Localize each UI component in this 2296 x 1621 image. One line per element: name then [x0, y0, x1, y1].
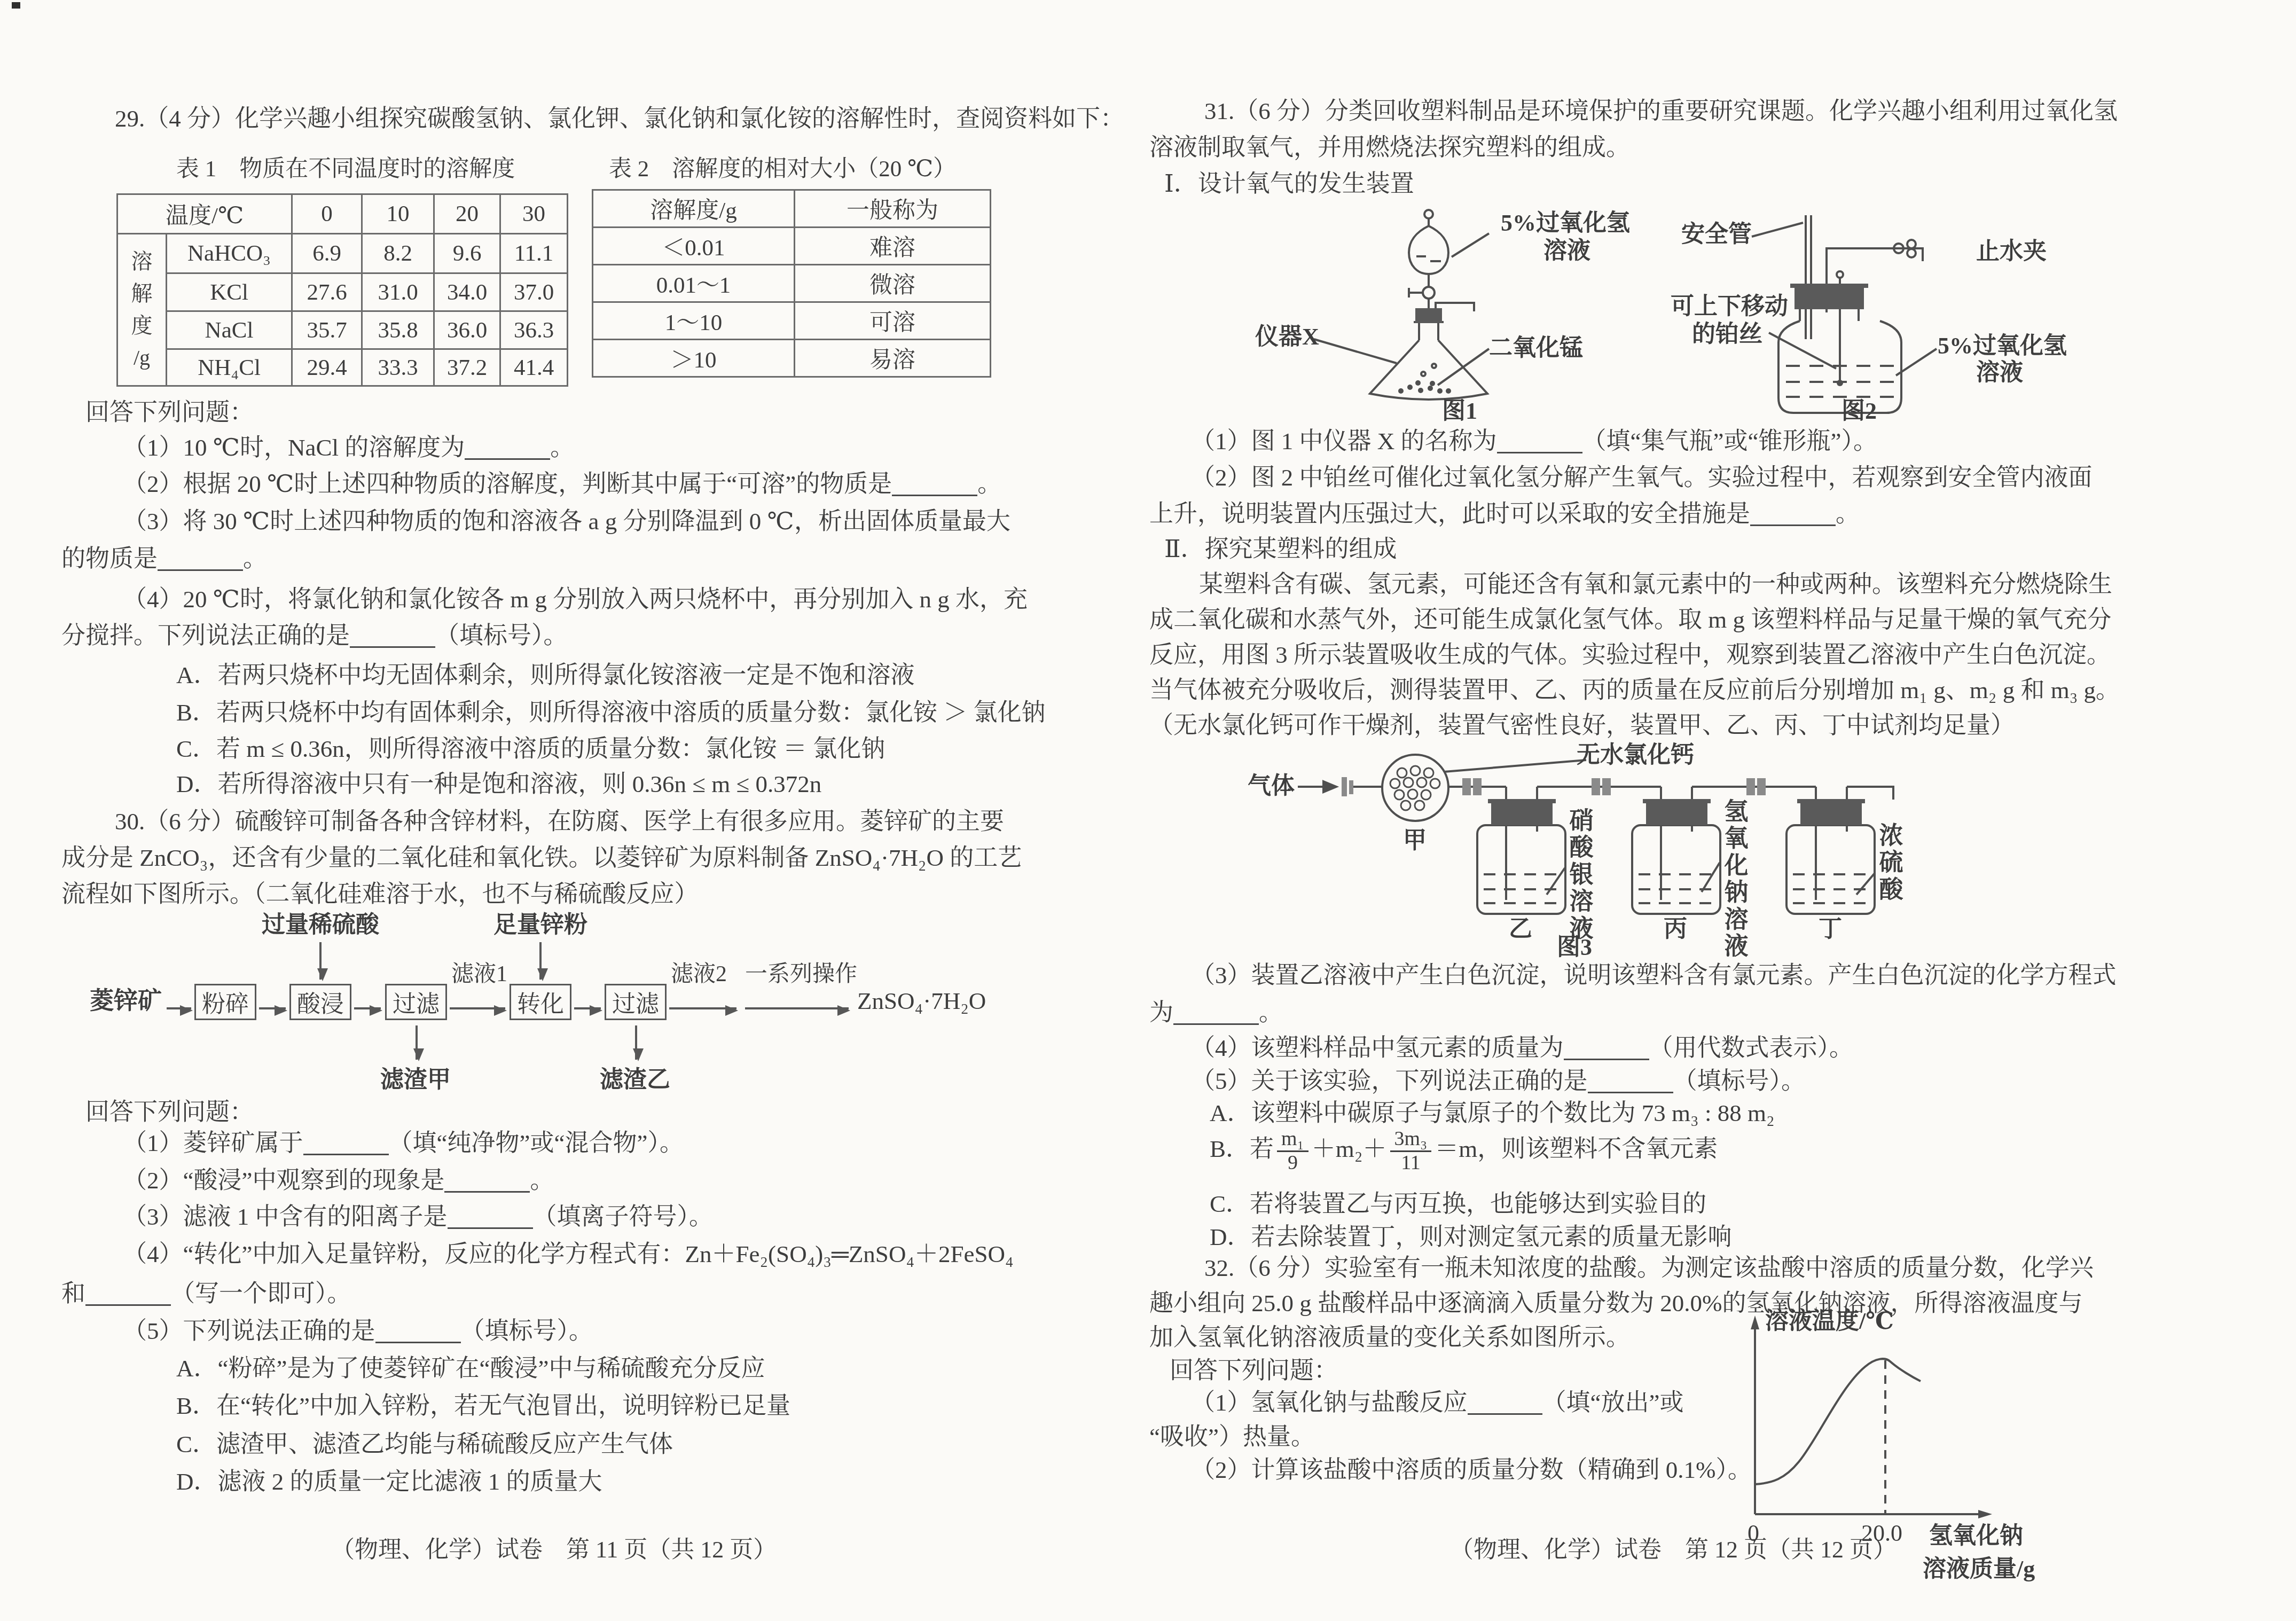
flow-arrow: [354, 1007, 381, 1009]
text: （填标号）。: [461, 1318, 593, 1344]
q29-item-2: （2）根据 20 ℃时上述四种物质的溶解度，判断其中属于“可溶”的物质是。: [123, 470, 1001, 498]
flow-label-residue-1: 滤渣甲: [380, 1066, 451, 1094]
q31-section-1: Ⅰ．设计氧气的发生装置: [1164, 170, 1414, 198]
text: ＋m₂＋: [1312, 1136, 1387, 1162]
side-char: /g: [118, 342, 166, 374]
side-char: 解: [118, 278, 166, 310]
table1-cell: 27.6: [292, 273, 362, 311]
text: 分搅拌。下列说法正确的是: [61, 622, 350, 649]
text: （1）10 ℃时，NaCl 的溶解度为: [123, 434, 465, 461]
text: （填“集气瓶”或“锥形瓶”）。: [1582, 428, 1877, 455]
q29-answer-prompt: 回答下列问题：: [85, 398, 254, 427]
table2-name: 易溶: [795, 340, 991, 377]
label-leader: [1314, 339, 1397, 363]
answer-blank: [85, 1280, 171, 1306]
fig3-label-bing: 丙: [1664, 915, 1687, 943]
q30-option-c: C．滤渣甲、滤渣乙均能与稀硫酸反应产生气体: [176, 1430, 673, 1459]
y-axis-arrow: [1751, 1315, 1759, 1329]
q31-option-d: D．若去除装置丁，则对测定氢元素的质量无影响: [1210, 1223, 1732, 1251]
table1-substance: NH₄Cl: [167, 349, 292, 386]
text: 上升，说明装置内压强过大，此时可以采取的安全措施是: [1149, 500, 1750, 527]
fraction: 3m₃11: [1390, 1128, 1432, 1174]
fig2-label-peroxide-1: 5%过氧化氢: [1938, 332, 2067, 360]
q31-item-2-line2: 上升，说明装置内压强过大，此时可以采取的安全措施是。: [1149, 500, 1860, 528]
table2-name: 难溶: [795, 228, 991, 265]
text: （填“放出”或: [1542, 1389, 1684, 1416]
gas-arrow: [1323, 781, 1336, 792]
q31-para-line3: 反应，用图 3 所示装置吸收生成的气体。实验过程中，观察到装置乙溶液中产生白色沉…: [1149, 641, 2111, 669]
table1-cell: 35.7: [292, 311, 362, 349]
q30-item-3: （3）滤液 1 中含有的阳离子是（填离子符号）。: [123, 1203, 713, 1231]
text: 为: [1149, 999, 1173, 1026]
table2-range: 1～10: [593, 302, 795, 340]
numerator: 3m₃: [1390, 1128, 1432, 1152]
q31-option-c: C．若将装置乙与丙互换，也能够达到实验目的: [1210, 1190, 1706, 1218]
dropping-funnel-bulb: [1409, 226, 1448, 274]
answer-blank: [158, 545, 243, 571]
flow-arrow: [167, 1007, 191, 1009]
table1-cell: 11.1: [500, 234, 568, 273]
table1-cell: 33.3: [362, 349, 434, 386]
table1-cell: 41.4: [500, 349, 568, 386]
table1-cell: 36.0: [434, 311, 500, 349]
text: 的物质是: [61, 545, 158, 572]
fig1-label-mno2: 二氧化锰: [1489, 334, 1583, 362]
table1-header-20: 20: [434, 194, 500, 234]
fig2-label-peroxide-2: 溶液: [1976, 359, 2023, 387]
text: （填标号）。: [1673, 1068, 1806, 1094]
q30-intro-line3: 流程如下图所示。（二氧化硅难溶于水，也不与稀硫酸反应）: [61, 880, 699, 909]
scan-artifact: [12, 2, 20, 9]
q31-item-5: （5）关于该实验，下列说法正确的是（填标号）。: [1191, 1067, 1805, 1095]
rubber-stopper: [1795, 286, 1864, 309]
q29-option-b: B．若两只烧杯中均有固体剩余，则所得溶液中溶质的质量分数：氯化铵 ＞ 氯化钠: [176, 699, 1046, 727]
answer-blank: [1750, 500, 1836, 526]
text: （填“纯净物”或“混合物”）。: [389, 1130, 684, 1156]
text: （1）菱锌矿属于: [123, 1130, 303, 1156]
fig3-label-jia: 甲: [1403, 827, 1427, 855]
numerator: m₁: [1277, 1128, 1308, 1152]
answer-blank: [1497, 428, 1582, 453]
q31-para-line4: 当气体被充分吸收后，测得装置甲、乙、丙的质量在反应前后分别增加 m₁ g、m₂ …: [1149, 676, 2120, 704]
flow-box-acid-leach: 酸浸: [289, 984, 351, 1020]
q31-section-2: Ⅱ．探究某塑料的组成: [1164, 535, 1397, 563]
q31-intro-line1: 31.（6 分）分类回收塑料制品是环境保护的重要研究课题。化学兴趣小组利用过氧化…: [1204, 97, 2118, 126]
table1-cell: 9.6: [434, 234, 500, 273]
table2-header-name: 一般称为: [795, 190, 991, 228]
text: （3）滤液 1 中含有的阳离子是: [123, 1203, 448, 1230]
text: B．若: [1210, 1136, 1274, 1162]
fig1-label-peroxide-1: 5%过氧化氢: [1501, 209, 1630, 237]
fig2-label-wire-2: 的铂丝: [1692, 320, 1762, 348]
q30-option-a: A．“粉碎”是为了使菱锌矿在“酸浸”中与稀硫酸充分反应: [176, 1354, 765, 1383]
table1-cell: 37.0: [500, 273, 568, 311]
flow-box-filter-1: 过滤: [385, 984, 447, 1020]
table1-header-temp: 温度/℃: [117, 194, 292, 234]
q29-option-d: D．若所得溶液中只有一种是饱和溶液，则 0.36n ≤ m ≤ 0.372n: [176, 770, 821, 798]
answer-blank: [1468, 1389, 1542, 1415]
flow-box-filter-2: 过滤: [605, 984, 667, 1020]
text: （2）根据 20 ℃时上述四种物质的溶解度，判断其中属于“可溶”的物质是: [123, 471, 892, 497]
text: （写一个即可）。: [171, 1280, 351, 1307]
q31-item-3-line1: （3）装置乙溶液中产生白色沉淀，说明该塑料含有氯元素。产生白色沉淀的化学方程式: [1191, 961, 2117, 990]
fig3-label-ding: 丁: [1819, 915, 1842, 943]
conical-flask: [1370, 340, 1487, 400]
flow-arrow-down-acid: [319, 942, 322, 980]
box-label: 粉碎: [202, 985, 249, 1019]
table1-cell: 36.3: [500, 311, 568, 349]
side-char: 溶: [118, 246, 166, 278]
text: （4）该塑料样品中氢元素的质量为: [1191, 1035, 1564, 1061]
fig3-label-h2so4: 浓硫酸: [1877, 823, 1905, 903]
q32-intro-line3: 加入氢氧化钠溶液质量的变化关系如图所示。: [1149, 1324, 1630, 1352]
q29-item-3-line1: （3）将 30 ℃时上述四种物质的饱和溶液各 a g 分别降温到 0 ℃，析出固…: [123, 507, 1010, 536]
answer-blank: [1173, 999, 1259, 1025]
q32-item-1-line1: （1）氢氧化钠与盐酸反应（填“放出”或: [1191, 1389, 1683, 1417]
graph-xlabel-line2: 溶液质量/g: [1923, 1555, 2035, 1583]
table2-title: 表 2 溶解度的相对大小（20 ℃）: [609, 156, 956, 183]
table1-cell: 29.4: [292, 349, 362, 386]
flow-input-zinc: 足量锌粉: [493, 911, 587, 939]
rubber-stopper: [1415, 308, 1442, 323]
flow-label-filtrate-1: 滤液1: [451, 961, 507, 988]
exam-paper-scan: 29.（4 分）化学兴趣小组探究碳酸氢钠、氯化钾、氯化钠和氯化铵的溶解性时，查阅…: [0, 0, 2296, 1621]
flow-start-ore: 菱锌矿: [90, 987, 162, 1015]
q30-answer-prompt: 回答下列问题：: [85, 1098, 254, 1126]
flow-arrow: [669, 1007, 736, 1009]
text: 。: [1836, 500, 1860, 527]
answer-blank: [350, 622, 435, 648]
q31-intro-line2: 溶液制取氧气，并用燃烧法探究塑料的组成。: [1149, 134, 1630, 162]
text: （1）图 1 中仪器 X 的名称为: [1191, 428, 1497, 455]
fig2-caption: 图2: [1841, 397, 1877, 425]
label-leader: [1438, 349, 1489, 385]
box-label: 过滤: [393, 985, 440, 1019]
label-leader: [1702, 863, 1720, 892]
stoppers: [1488, 799, 1865, 825]
table2-name: 可溶: [795, 302, 991, 340]
stopcock: [1423, 287, 1435, 299]
q30-intro-line1: 30.（6 分）硫酸锌可制备各种含锌材料，在防腐、医学上有很多应用。菱锌矿的主要: [115, 808, 1004, 836]
liquid-levels: [1484, 874, 1868, 903]
bottle-ding: [1786, 825, 1875, 914]
label-leader: [1856, 873, 1875, 895]
table1-cell: 37.2: [434, 349, 500, 386]
fig3-label-cacl2: 无水氯化钙: [1577, 741, 1694, 769]
q31-para-line2: 成二氧化碳和水蒸气外，还可能生成氯化氢气体。取 m g 该塑料样品与足量干燥的氧…: [1149, 606, 2111, 634]
table1-substance: NaHCO₃: [167, 234, 292, 273]
fig3-caption: 图3: [1557, 934, 1592, 961]
q31-item-1: （1）图 1 中仪器 X 的名称为（填“集气瓶”或“锥形瓶”）。: [1191, 427, 1877, 456]
flow-arrow-residue-2: [635, 1025, 637, 1060]
flow-input-acid: 过量稀硫酸: [262, 911, 379, 939]
text: （填标号）。: [435, 622, 568, 649]
answer-blank: [892, 471, 977, 496]
fig1-label-instrument-x: 仪器X: [1255, 323, 1319, 351]
flow-box-crush: 粉碎: [194, 984, 256, 1020]
funnel-knob: [1424, 210, 1433, 218]
flow-arrow: [450, 1007, 505, 1009]
wire-bead: [1837, 380, 1843, 386]
q30-item-2: （2）“酸浸”中观察到的现象是。: [123, 1166, 554, 1195]
fig1-flask-apparatus: [1239, 206, 1672, 419]
bottle-yi: [1477, 825, 1565, 914]
q29-item-1: （1）10 ℃时，NaCl 的溶解度为。: [123, 434, 574, 462]
q29-item-3-line2: 的物质是。: [61, 545, 267, 573]
label-leader: [1444, 760, 1586, 772]
q30-item-4-line2: 和（写一个即可）。: [61, 1280, 351, 1308]
q31-para-line5: （无水氯化钙可作干燥剂，装置气密性良好，装置甲、乙、丙、丁中试剂均足量）: [1149, 711, 2015, 740]
denominator: 11: [1390, 1152, 1432, 1174]
answer-blank: [375, 1318, 461, 1343]
table1-header-30: 30: [500, 194, 568, 234]
text: 。: [550, 434, 574, 461]
text: （填离子符号）。: [533, 1203, 714, 1230]
flow-arrow: [259, 1007, 286, 1009]
q29-item-4-line1: （4）20 ℃时，将氯化钠和氯化铵各 m g 分别放入两只烧杯中，再分别加入 n…: [123, 585, 1028, 614]
flow-label-residue-2: 滤渣乙: [600, 1066, 670, 1094]
answer-blank: [444, 1167, 530, 1193]
box-label: 过滤: [612, 985, 659, 1019]
table1-cell: 6.9: [292, 234, 362, 273]
table1-substance: KCl: [167, 273, 292, 311]
table1-side-label: 溶 解 度 /g: [117, 234, 167, 386]
text: （2）“酸浸”中观察到的现象是: [123, 1167, 444, 1194]
q29-intro: 29.（4 分）化学兴趣小组探究碳酸氢钠、氯化钾、氯化钠和氯化铵的溶解性时，查阅…: [115, 105, 1124, 133]
flow-arrow-down-zinc: [539, 942, 542, 980]
text: 。: [530, 1167, 554, 1194]
q31-option-a: A．该塑料中碳原子与氯原子的个数比为 73 m₃ : 88 m₂: [1210, 1099, 1775, 1127]
table1-cell: 8.2: [362, 234, 434, 273]
fig3-label-yi: 乙: [1509, 915, 1532, 943]
q31-option-b: B．若m₁9＋m₂＋3m₃11＝m，则该塑料不含氧元素: [1210, 1128, 1718, 1174]
fig2-label-safety-tube: 安全管: [1681, 221, 1752, 248]
table1-cell: 31.0: [362, 273, 434, 311]
box-label: 转化: [517, 985, 564, 1019]
text: 。: [243, 545, 267, 572]
q32-intro-line1: 32.（6 分）实验室有一瓶未知浓度的盐酸。为测定该盐酸中溶质的质量分数，化学兴: [1204, 1254, 2094, 1282]
table2-name: 微溶: [795, 265, 991, 302]
q30-option-d: D．滤液 2 的质量一定比滤液 1 的质量大: [176, 1468, 602, 1496]
text: ＝m，则该塑料不含氧元素: [1435, 1136, 1718, 1162]
fig2-label-clamp: 止水夹: [1976, 238, 2047, 265]
flow-label-filtrate-2: 滤液2: [671, 961, 727, 988]
answer-blank: [465, 434, 550, 460]
answer-blank: [1564, 1035, 1649, 1060]
q30-option-b: B．在“转化”中加入锌粉，若无气泡冒出，说明锌粉已足量: [176, 1392, 790, 1420]
text: （5）关于该实验，下列说法正确的是: [1191, 1068, 1588, 1094]
table1-cell: 34.0: [434, 273, 500, 311]
side-char: 度: [118, 310, 166, 342]
bottle-bing: [1632, 825, 1720, 914]
label-leader: [1452, 233, 1489, 257]
q30-intro-line2: 成分是 ZnCO₃，还含有少量的二氧化硅和氧化铁。以菱锌矿为原料制备 ZnSO₄…: [61, 844, 1022, 872]
q30-item-5: （5）下列说法正确的是（填标号）。: [123, 1317, 593, 1345]
q29-option-a: A．若两只烧杯中均无固体剩余，则所得氯化铵溶液一定是不饱和溶液: [176, 661, 915, 690]
fig3-label-gas: 气体: [1248, 772, 1295, 800]
flow-product: ZnSO₄·7H₂O: [857, 987, 986, 1015]
label-leader: [1752, 223, 1803, 237]
q32-answer-prompt: 回答下列问题：: [1170, 1357, 1338, 1385]
q30-item-4-line1: （4）“转化”中加入足量锌粉，反应的化学方程式有：Zn＋Fe₂(SO₄)₃═Zn…: [123, 1240, 1014, 1268]
text: 和: [61, 1280, 85, 1307]
q32-temperature-graph: [1730, 1306, 2136, 1552]
flow-arrow: [574, 1007, 601, 1009]
q32-item-1-line2: “吸收”）热量。: [1149, 1423, 1315, 1451]
flow-box-convert: 转化: [510, 984, 571, 1020]
text: 。: [977, 471, 1001, 497]
footer-page-11: （物理、化学）试卷 第 11 页（共 12 页）: [331, 1536, 777, 1564]
label-leader: [1547, 868, 1565, 895]
drying-ball-mesh: [1390, 766, 1440, 810]
q31-item-3-line2: 为。: [1149, 999, 1283, 1027]
table2-range: ＜0.01: [593, 228, 795, 265]
q32-item-2: （2）计算该盐酸中溶质的质量分数（精确到 0.1%）。: [1191, 1456, 1752, 1484]
flow-arrow-residue-1: [416, 1025, 418, 1060]
fraction: m₁9: [1277, 1128, 1308, 1174]
q29-option-c: C．若 m ≤ 0.36n，则所得溶液中溶质的质量分数：氯化铵 ＝ 氯化钠: [176, 735, 885, 763]
table1-header-0: 0: [292, 194, 362, 234]
q31-para-line1: 某塑料含有碳、氢元素，可能还含有氧和氯元素中的一种或两种。该塑料充分燃烧除生: [1199, 570, 2112, 599]
q31-item-2-line1: （2）图 2 中铂丝可催化过氧化氢分解产生氧气。实验过程中，若观察到安全管内液面: [1191, 464, 2093, 492]
answer-blank: [1588, 1068, 1673, 1093]
fig1-caption: 图1: [1442, 397, 1477, 425]
table2-range: 0.01～1: [593, 265, 795, 302]
graph-ylabel: 溶液温度/℃: [1765, 1307, 1894, 1335]
text: （用代数式表示）。: [1649, 1035, 1854, 1061]
answer-blank: [303, 1130, 389, 1155]
table1-solubility: 温度/℃ 0 10 20 30 溶 解 度 /g NaHCO₃ 6.9 8.2 …: [116, 193, 568, 387]
table1-cell: 35.8: [362, 311, 434, 349]
box-label: 酸浸: [297, 985, 344, 1019]
fig3-label-naoh: 氢氧化钠溶液: [1722, 798, 1750, 960]
graph-xlabel-line1: 氢氧化钠: [1929, 1522, 2023, 1550]
q30-item-1: （1）菱锌矿属于（填“纯净物”或“混合物”）。: [123, 1129, 684, 1157]
table2-range: ＞10: [593, 340, 795, 377]
x-axis-arrow: [1978, 1510, 1992, 1518]
flow-label-operations: 一系列操作: [745, 961, 857, 988]
footer-page-12: （物理、化学）试卷 第 12 页（共 12 页）: [1450, 1536, 1897, 1564]
table1-header-10: 10: [362, 194, 434, 234]
table2-relative-solubility: 溶解度/g 一般称为 ＜0.01 难溶 0.01～1 微溶 1～10 可溶 ＞1…: [592, 189, 991, 378]
text: （5）下列说法正确的是: [123, 1318, 375, 1344]
text: 。: [1259, 999, 1283, 1026]
text: （1）氢氧化钠与盐酸反应: [1191, 1389, 1468, 1416]
table1-title: 表 1 物质在不同温度时的溶解度: [176, 156, 515, 183]
flow-arrow-final: [745, 1007, 849, 1009]
table2-header-solubility: 溶解度/g: [593, 190, 795, 228]
fig2-label-wire-1: 可上下移动: [1671, 293, 1788, 320]
denominator: 9: [1277, 1152, 1308, 1174]
fig3-label-agno3: 硝酸银溶液: [1568, 808, 1595, 942]
temperature-curve: [1755, 1359, 1921, 1484]
q31-item-4: （4）该塑料样品中氢元素的质量为（用代数式表示）。: [1191, 1034, 1853, 1062]
fig1-label-peroxide-2: 溶液: [1543, 237, 1590, 265]
q29-item-4-line2: 分搅拌。下列说法正确的是（填标号）。: [61, 622, 568, 650]
table1-substance: NaCl: [167, 311, 292, 349]
answer-blank: [448, 1203, 533, 1229]
